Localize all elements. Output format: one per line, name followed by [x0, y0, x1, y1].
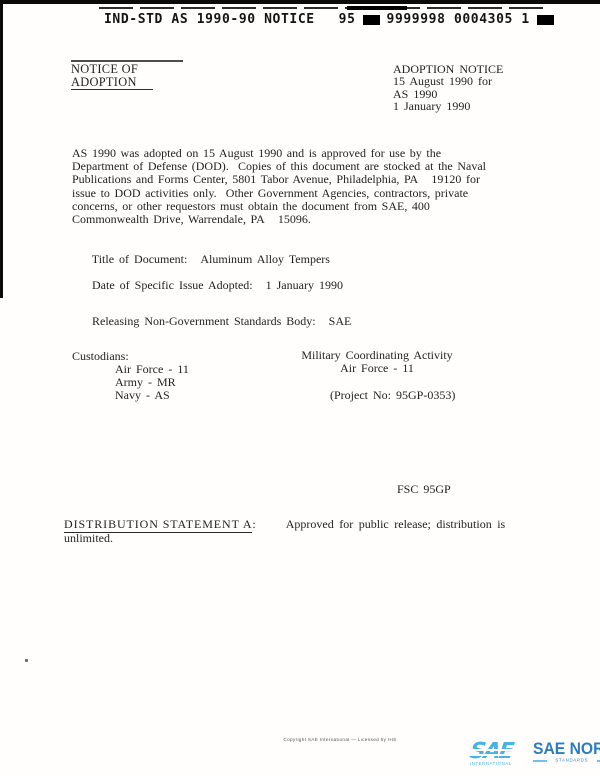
header-rule	[99, 7, 547, 9]
field-value: SAE	[329, 314, 352, 328]
footer-microprint: Copyright SAE International — Licensed b…	[254, 738, 426, 743]
distribution-statement: DISTRIBUTION STATEMENT A:Approved for pu…	[64, 517, 526, 545]
sae-norm-logo: SAE INTERNATIONAL SAE NORM STANDARDS	[470, 742, 600, 768]
field-releasing-body: Releasing Non-Government Standards Body:…	[72, 299, 351, 344]
paragraph-line: issue to DOD activities only. Other Gove…	[72, 187, 540, 200]
block-mark-icon	[363, 15, 380, 25]
tagline-text: STANDARDS	[556, 759, 589, 763]
mca-activity: Air Force - 11	[286, 362, 468, 375]
adoption-notice-block: ADOPTION NOTICE 15 August 1990 for AS 19…	[393, 63, 503, 113]
paragraph-line: Commonwealth Drive, Warrendale, PA 15096…	[72, 213, 540, 226]
field-label: Date of Specific Issue Adopted:	[92, 278, 253, 292]
notice-line-2: ADOPTION	[71, 76, 153, 90]
sae-logo-mark: SAE INTERNATIONAL	[470, 742, 528, 768]
field-label: Releasing Non-Government Standards Body:	[92, 314, 316, 328]
custodian-item: Navy - AS	[115, 389, 189, 402]
custodians-block: Custodians: Air Force - 11 Army - MR Nav…	[72, 350, 189, 402]
sae-norm-wordmark-block: SAE NORM STANDARDS	[533, 742, 600, 764]
document-header: IND-STD AS 1990-90 NOTICE 95 9999998 000…	[104, 12, 561, 27]
issue-date: 1 January 1990	[393, 100, 503, 112]
notice-of-adoption-label: NOTICE OF ADOPTION	[71, 60, 183, 90]
fsc-code: FSC 95GP	[397, 482, 451, 497]
scanned-document-page: IND-STD AS 1990-90 NOTICE 95 9999998 000…	[0, 0, 600, 776]
header-code: 95	[339, 12, 356, 27]
scan-edge-left	[0, 0, 3, 298]
scan-edge-top	[0, 0, 600, 4]
distribution-text-continued: unlimited.	[64, 531, 526, 545]
sae-norm-wordmark: SAE NORM	[533, 742, 600, 757]
header-rule-thick-segment	[347, 6, 407, 10]
tagline-rule-left	[533, 760, 547, 761]
scan-artifact-speck	[25, 659, 28, 662]
header-serial: 9999998 0004305 1	[387, 12, 530, 27]
document-id: IND-STD AS 1990-90 NOTICE	[104, 12, 315, 27]
military-coordinating-activity-block: Military Coordinating Activity Air Force…	[286, 349, 468, 375]
sae-logo-international-label: INTERNATIONAL	[470, 762, 512, 766]
block-mark-icon	[537, 15, 554, 25]
adoption-paragraph: AS 1990 was adopted on 15 August 1990 an…	[72, 147, 540, 226]
distribution-colon: :	[252, 517, 255, 531]
adoption-date: 15 August 1990 for	[393, 75, 503, 87]
project-number: (Project No: 95GP-0353)	[330, 388, 455, 403]
field-value: 1 January 1990	[266, 278, 343, 292]
paragraph-line: Publications and Forms Center, 5801 Tabo…	[72, 173, 540, 186]
distribution-text: Approved for public release; distributio…	[286, 517, 505, 531]
sae-norm-tagline: STANDARDS	[533, 758, 600, 764]
sae-logo-icon: SAE	[469, 742, 514, 762]
notice-line-1: NOTICE OF	[71, 60, 183, 76]
